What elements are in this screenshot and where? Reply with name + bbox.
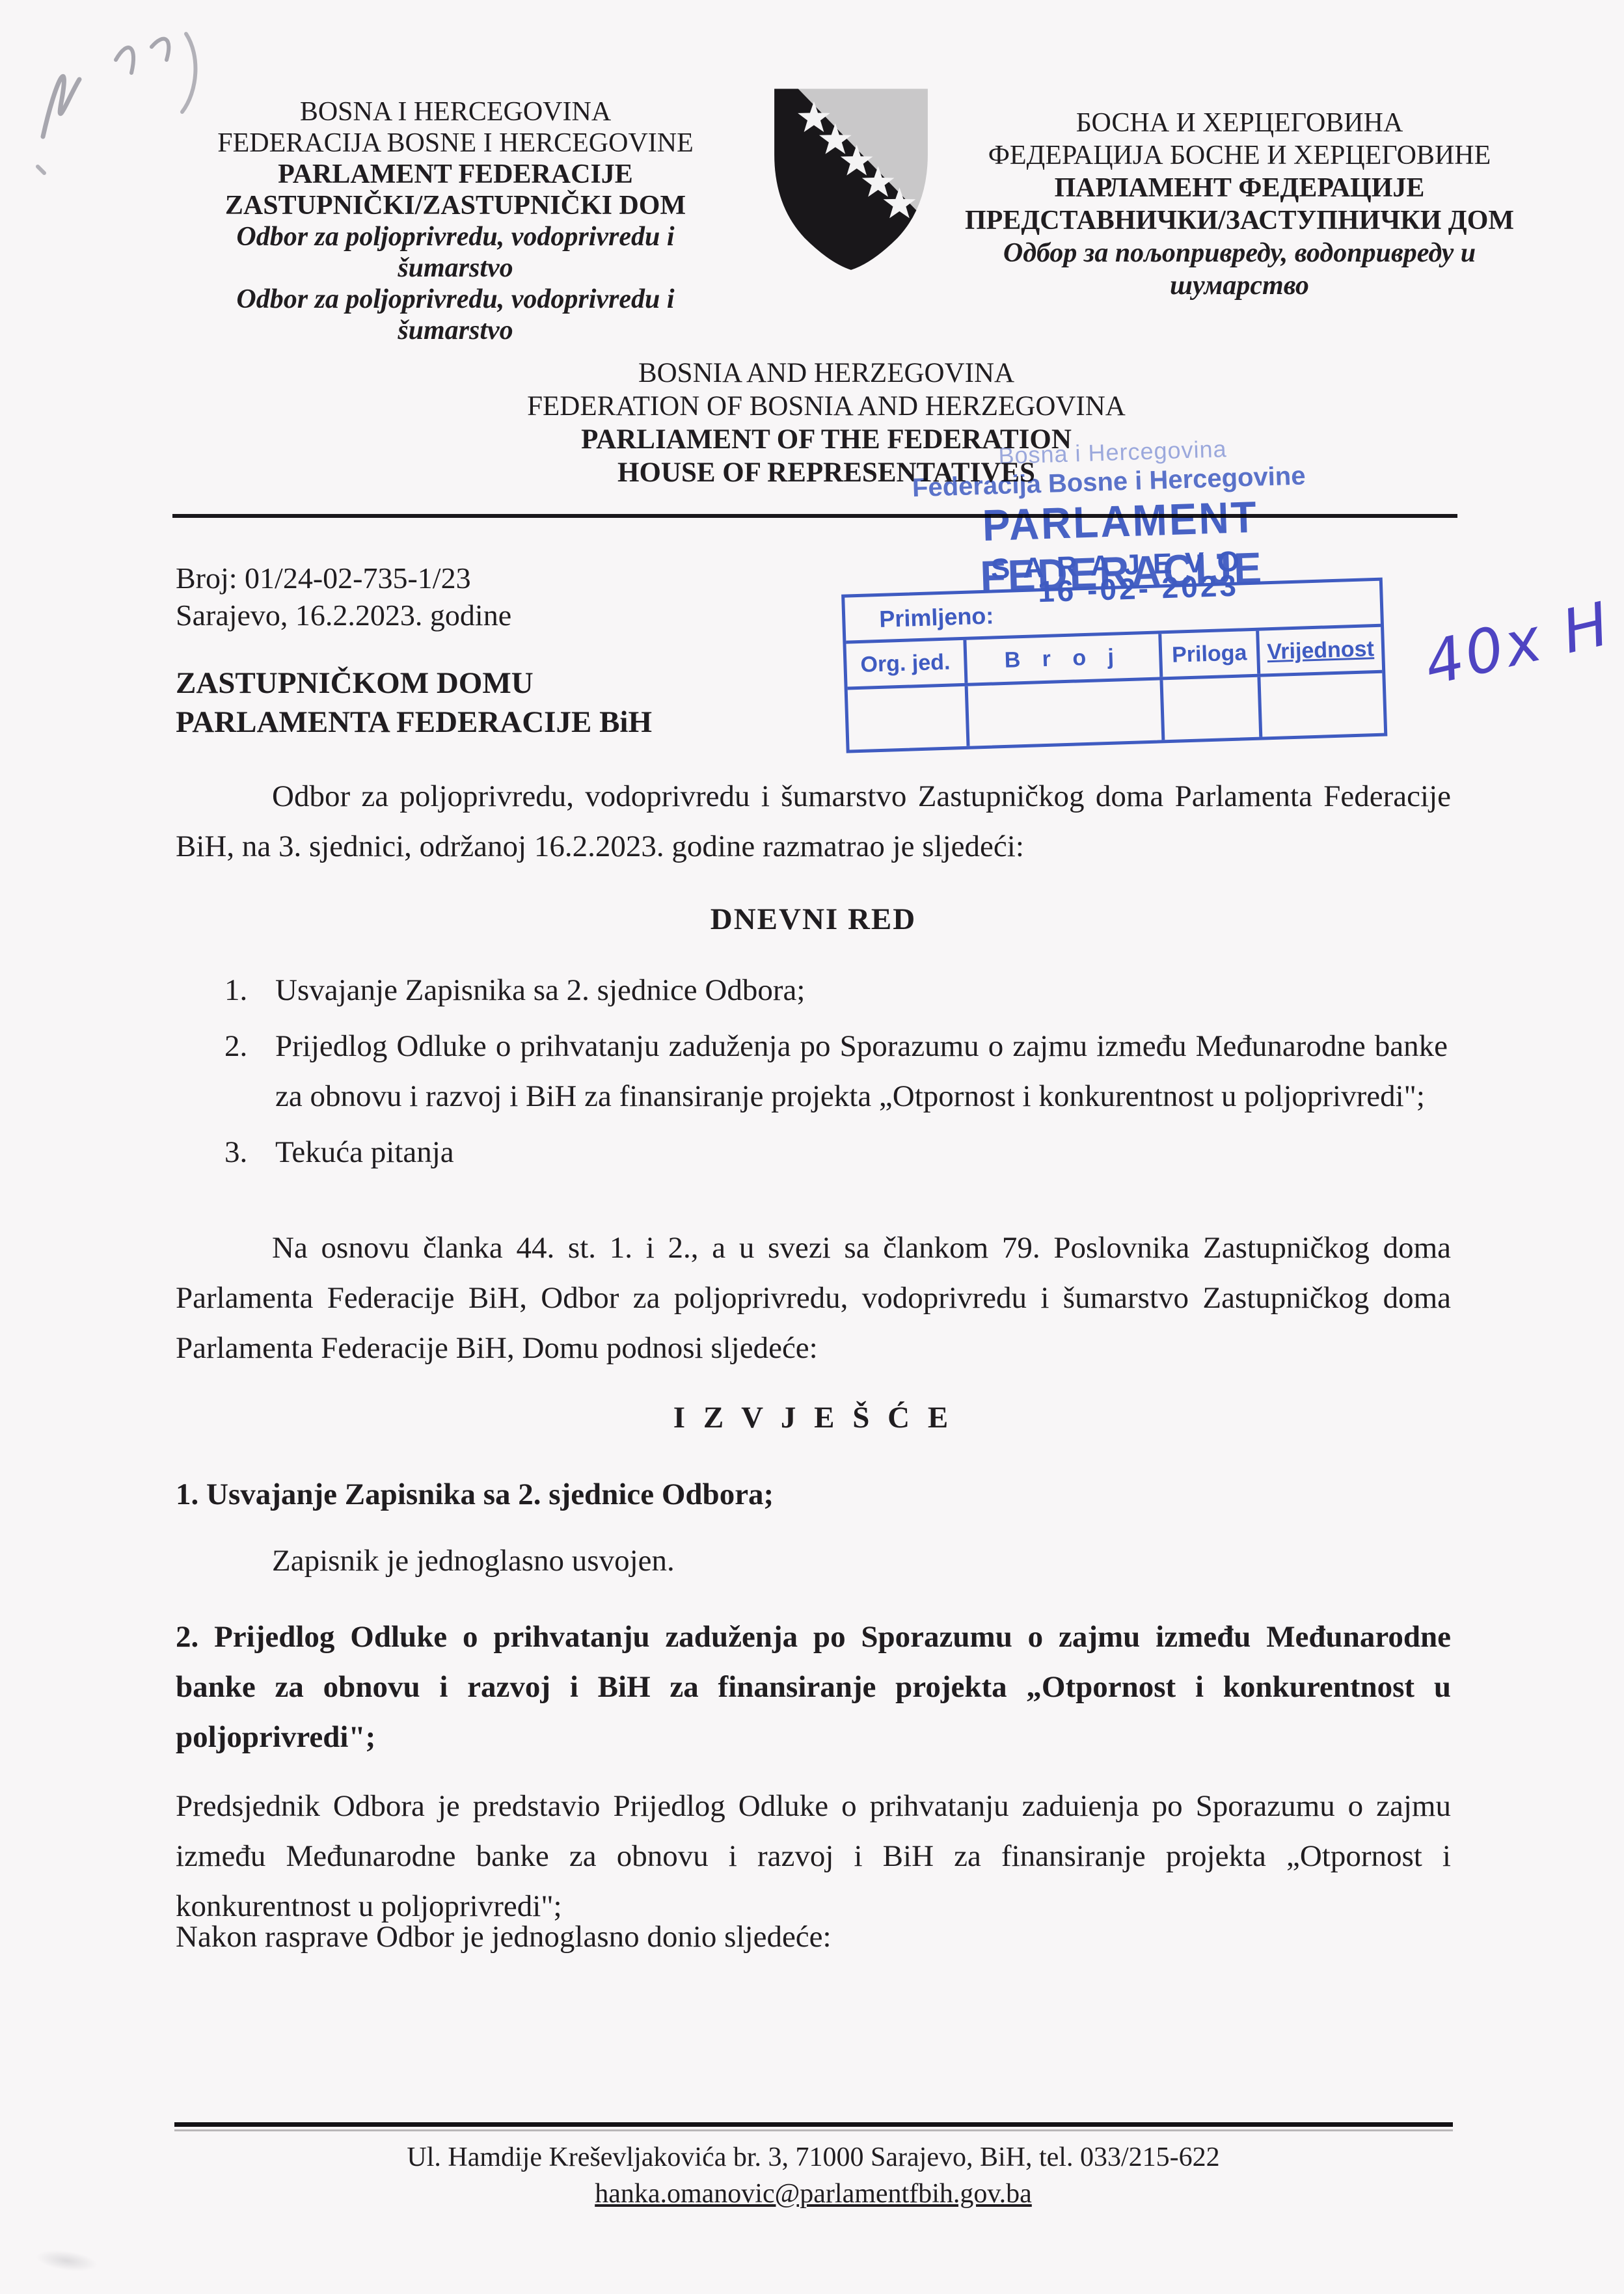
agenda-item-text: Usvajanje Zapisnika sa 2. sjednice Odbor… <box>275 973 805 1007</box>
scanned-document-page: BOSNA I HERCEGOVINA FEDERACIJA BOSNE I H… <box>0 0 1624 2294</box>
letterhead-left-parliament: PARLAMENT FEDERACIJE <box>195 159 716 190</box>
letterhead-right-country: БОСНА И ХЕРЦЕГОВИНА <box>930 107 1549 139</box>
report-title: I Z V J E Š Ć E <box>176 1400 1451 1435</box>
stamp-col-broj: B r o j <box>966 634 1163 682</box>
letterhead-left-federation: FEDERACIJA BOSNE I HERCEGOVINE <box>195 128 716 159</box>
agenda-item: 3. Tekuća pitanja <box>224 1127 1448 1178</box>
agenda-item-number: 2. <box>224 1021 247 1072</box>
stamp-date: 16 -02- 2023 <box>1037 568 1239 610</box>
letterhead-left-committee-2: Odbor za poljoprivredu, vodoprivredu i š… <box>218 284 693 346</box>
report-section2-paragraph: Predsjednik Odbora je predstavio Prijedl… <box>176 1781 1451 1932</box>
stamp-empty-cell-org <box>848 686 970 750</box>
reference-place-date: Sarajevo, 16.2.2023. godine <box>176 597 511 634</box>
legal-paragraph: Na osnovu članka 44. st. 1. i 2., a u sv… <box>176 1223 1451 1373</box>
reference-number: Broj: 01/24-02-735-1/23 <box>176 560 511 597</box>
report-section1-heading: 1. Usvajanje Zapisnika sa 2. sjednice Od… <box>176 1477 1451 1512</box>
letterhead-left-country: BOSNA I HERCEGOVINA <box>195 96 716 128</box>
agenda-title: DNEVNI RED <box>176 902 1451 937</box>
agenda-item-text: Tekuća pitanja <box>275 1135 454 1169</box>
report-section1-body: Zapisnik je jednoglasno usvojen. <box>272 1543 675 1578</box>
received-stamp: Bosna i Hercegovina Federacija Bosne i H… <box>834 430 1411 760</box>
agenda-item: 2. Prijedlog Odluke o prihvatanju zaduže… <box>224 1021 1448 1122</box>
coat-of-arms-icon <box>757 72 945 275</box>
letterhead-left-committee-1: Odbor za poljoprivredu, vodoprivredu i š… <box>218 221 693 284</box>
stamp-empty-cell-vrijednost <box>1260 673 1384 737</box>
letterhead-right-house: ПРЕДСТАВНИЧКИ/ЗАСТУПНИЧКИ ДОМ <box>930 204 1549 237</box>
stamp-col-vrijednost: Vrijednost <box>1259 627 1382 674</box>
reference-block: Broj: 01/24-02-735-1/23 Sarajevo, 16.2.2… <box>176 560 511 634</box>
agenda-item-number: 1. <box>224 965 247 1016</box>
letterhead-en-country: BOSNIA AND HERZEGOVINA <box>273 357 1379 390</box>
footer-divider-rule-shadow <box>174 2129 1453 2131</box>
letterhead-right: БОСНА И ХЕРЦЕГОВИНА ФЕДЕРАЦИЈА БОСНЕ И Х… <box>930 107 1549 302</box>
stamp-received-label: Primljeno: <box>879 602 994 633</box>
letterhead-left-house: ZASTUPNIČKI/ZASTUPNIČKI DOM <box>195 190 716 221</box>
letterhead-left: BOSNA I HERCEGOVINA FEDERACIJA BOSNE I H… <box>195 96 716 346</box>
stamp-col-org-jed: Org. jed. <box>846 640 968 687</box>
report-section2-closing: Nakon rasprave Odbor je jednoglasno doni… <box>176 1919 832 1954</box>
footer-email: hanka.omanovic@parlamentfbih.gov.ba <box>176 2178 1451 2209</box>
agenda-item-number: 3. <box>224 1127 247 1178</box>
letterhead-right-committee: Одбор за пољопривреду, водопривреду и шу… <box>986 237 1493 302</box>
footer-divider-rule <box>174 2122 1453 2127</box>
agenda-item: 1. Usvajanje Zapisnika sa 2. sjednice Od… <box>224 965 1448 1016</box>
stamp-empty-cell-priloga <box>1163 677 1262 740</box>
stamp-empty-cell-broj <box>968 680 1165 746</box>
pen-scribble-icon <box>18 20 207 176</box>
agenda-list: 1. Usvajanje Zapisnika sa 2. sjednice Od… <box>224 965 1448 1183</box>
stamp-col-priloga: Priloga <box>1161 631 1260 677</box>
scan-smudge <box>34 2247 98 2275</box>
agenda-item-text: Prijedlog Odluke o prihvatanju zaduženja… <box>275 1029 1448 1113</box>
addressee-line-2: PARLAMENTA FEDERACIJE BiH <box>176 703 652 742</box>
handwritten-annotation: 40x H <box>1418 589 1618 699</box>
letterhead-en-federation: FEDERATION OF BOSNIA AND HERZEGOVINA <box>273 390 1379 423</box>
addressee-block: ZASTUPNIČKOM DOMU PARLAMENTA FEDERACIJE … <box>176 664 652 742</box>
intro-paragraph: Odbor za poljoprivredu, vodoprivredu i š… <box>176 772 1451 872</box>
letterhead-right-federation: ФЕДЕРАЦИЈА БОСНЕ И ХЕРЦЕГОВИНЕ <box>930 139 1549 172</box>
addressee-line-1: ZASTUPNIČKOM DOMU <box>176 664 652 703</box>
letterhead-right-parliament: ПАРЛАМЕНТ ФЕДЕРАЦИЈЕ <box>930 172 1549 204</box>
report-section2-heading: 2. Prijedlog Odluke o prihvatanju zaduže… <box>176 1612 1451 1762</box>
footer-address: Ul. Hamdije Kreševljakovića br. 3, 71000… <box>176 2142 1451 2173</box>
